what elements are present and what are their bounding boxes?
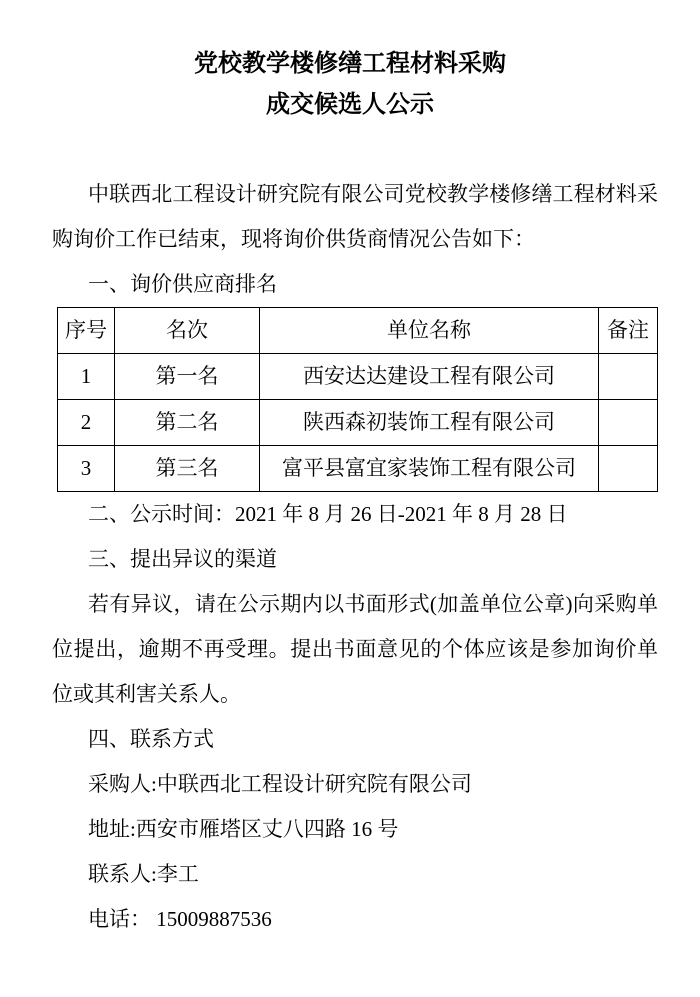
section-heading-contact: 四、联系方式 (52, 717, 658, 762)
cell-rank: 第三名 (115, 446, 260, 492)
section-heading-publicity-period: 二、公示时间：2021 年 8 月 26 日-2021 年 8 月 28 日 (52, 492, 658, 537)
contact-buyer-line: 采购人:中联西北工程设计研究院有限公司 (52, 762, 658, 807)
cell-remark (599, 354, 658, 400)
section-heading-objection-channel: 三、提出异议的渠道 (52, 537, 658, 582)
cell-remark (599, 446, 658, 492)
table-row: 1 第一名 西安达达建设工程有限公司 (58, 354, 658, 400)
cell-remark (599, 400, 658, 446)
header-cell-company: 单位名称 (260, 308, 599, 354)
contact-phone-line: 电话： 15009887536 (52, 897, 658, 942)
cell-company: 西安达达建设工程有限公司 (260, 354, 599, 400)
cell-seq: 1 (58, 354, 115, 400)
announcement-page: 党校教学楼修缮工程材料采购 成交候选人公示 中联西北工程设计研究院有限公司党校教… (0, 0, 700, 997)
cell-company: 陕西森初装饰工程有限公司 (260, 400, 599, 446)
contact-address-line: 地址:西安市雁塔区丈八四路 16 号 (52, 807, 658, 852)
contact-person-line: 联系人:李工 (52, 852, 658, 897)
page-title-line1: 党校教学楼修缮工程材料采购 (0, 44, 700, 85)
cell-company: 富平县富宜家装饰工程有限公司 (260, 446, 599, 492)
page-title-line2: 成交候选人公示 (0, 85, 700, 126)
table-row: 3 第三名 富平县富宜家装饰工程有限公司 (58, 446, 658, 492)
supplier-ranking-table: 序号 名次 单位名称 备注 1 第一名 西安达达建设工程有限公司 2 第二名 陕… (57, 307, 658, 492)
header-cell-seq: 序号 (58, 308, 115, 354)
header-cell-remark: 备注 (599, 308, 658, 354)
cell-rank: 第二名 (115, 400, 260, 446)
table-header-row: 序号 名次 单位名称 备注 (58, 308, 658, 354)
cell-seq: 3 (58, 446, 115, 492)
table-row: 2 第二名 陕西森初装饰工程有限公司 (58, 400, 658, 446)
section-heading-ranking: 一、询价供应商排名 (52, 262, 658, 307)
header-cell-rank: 名次 (115, 308, 260, 354)
cell-rank: 第一名 (115, 354, 260, 400)
cell-seq: 2 (58, 400, 115, 446)
document-body: 中联西北工程设计研究院有限公司党校教学楼修缮工程材料采购询价工作已结束，现将询价… (52, 172, 658, 942)
intro-paragraph: 中联西北工程设计研究院有限公司党校教学楼修缮工程材料采购询价工作已结束，现将询价… (52, 172, 658, 262)
objection-paragraph: 若有异议，请在公示期内以书面形式(加盖单位公章)向采购单位提出，逾期不再受理。提… (52, 582, 658, 717)
